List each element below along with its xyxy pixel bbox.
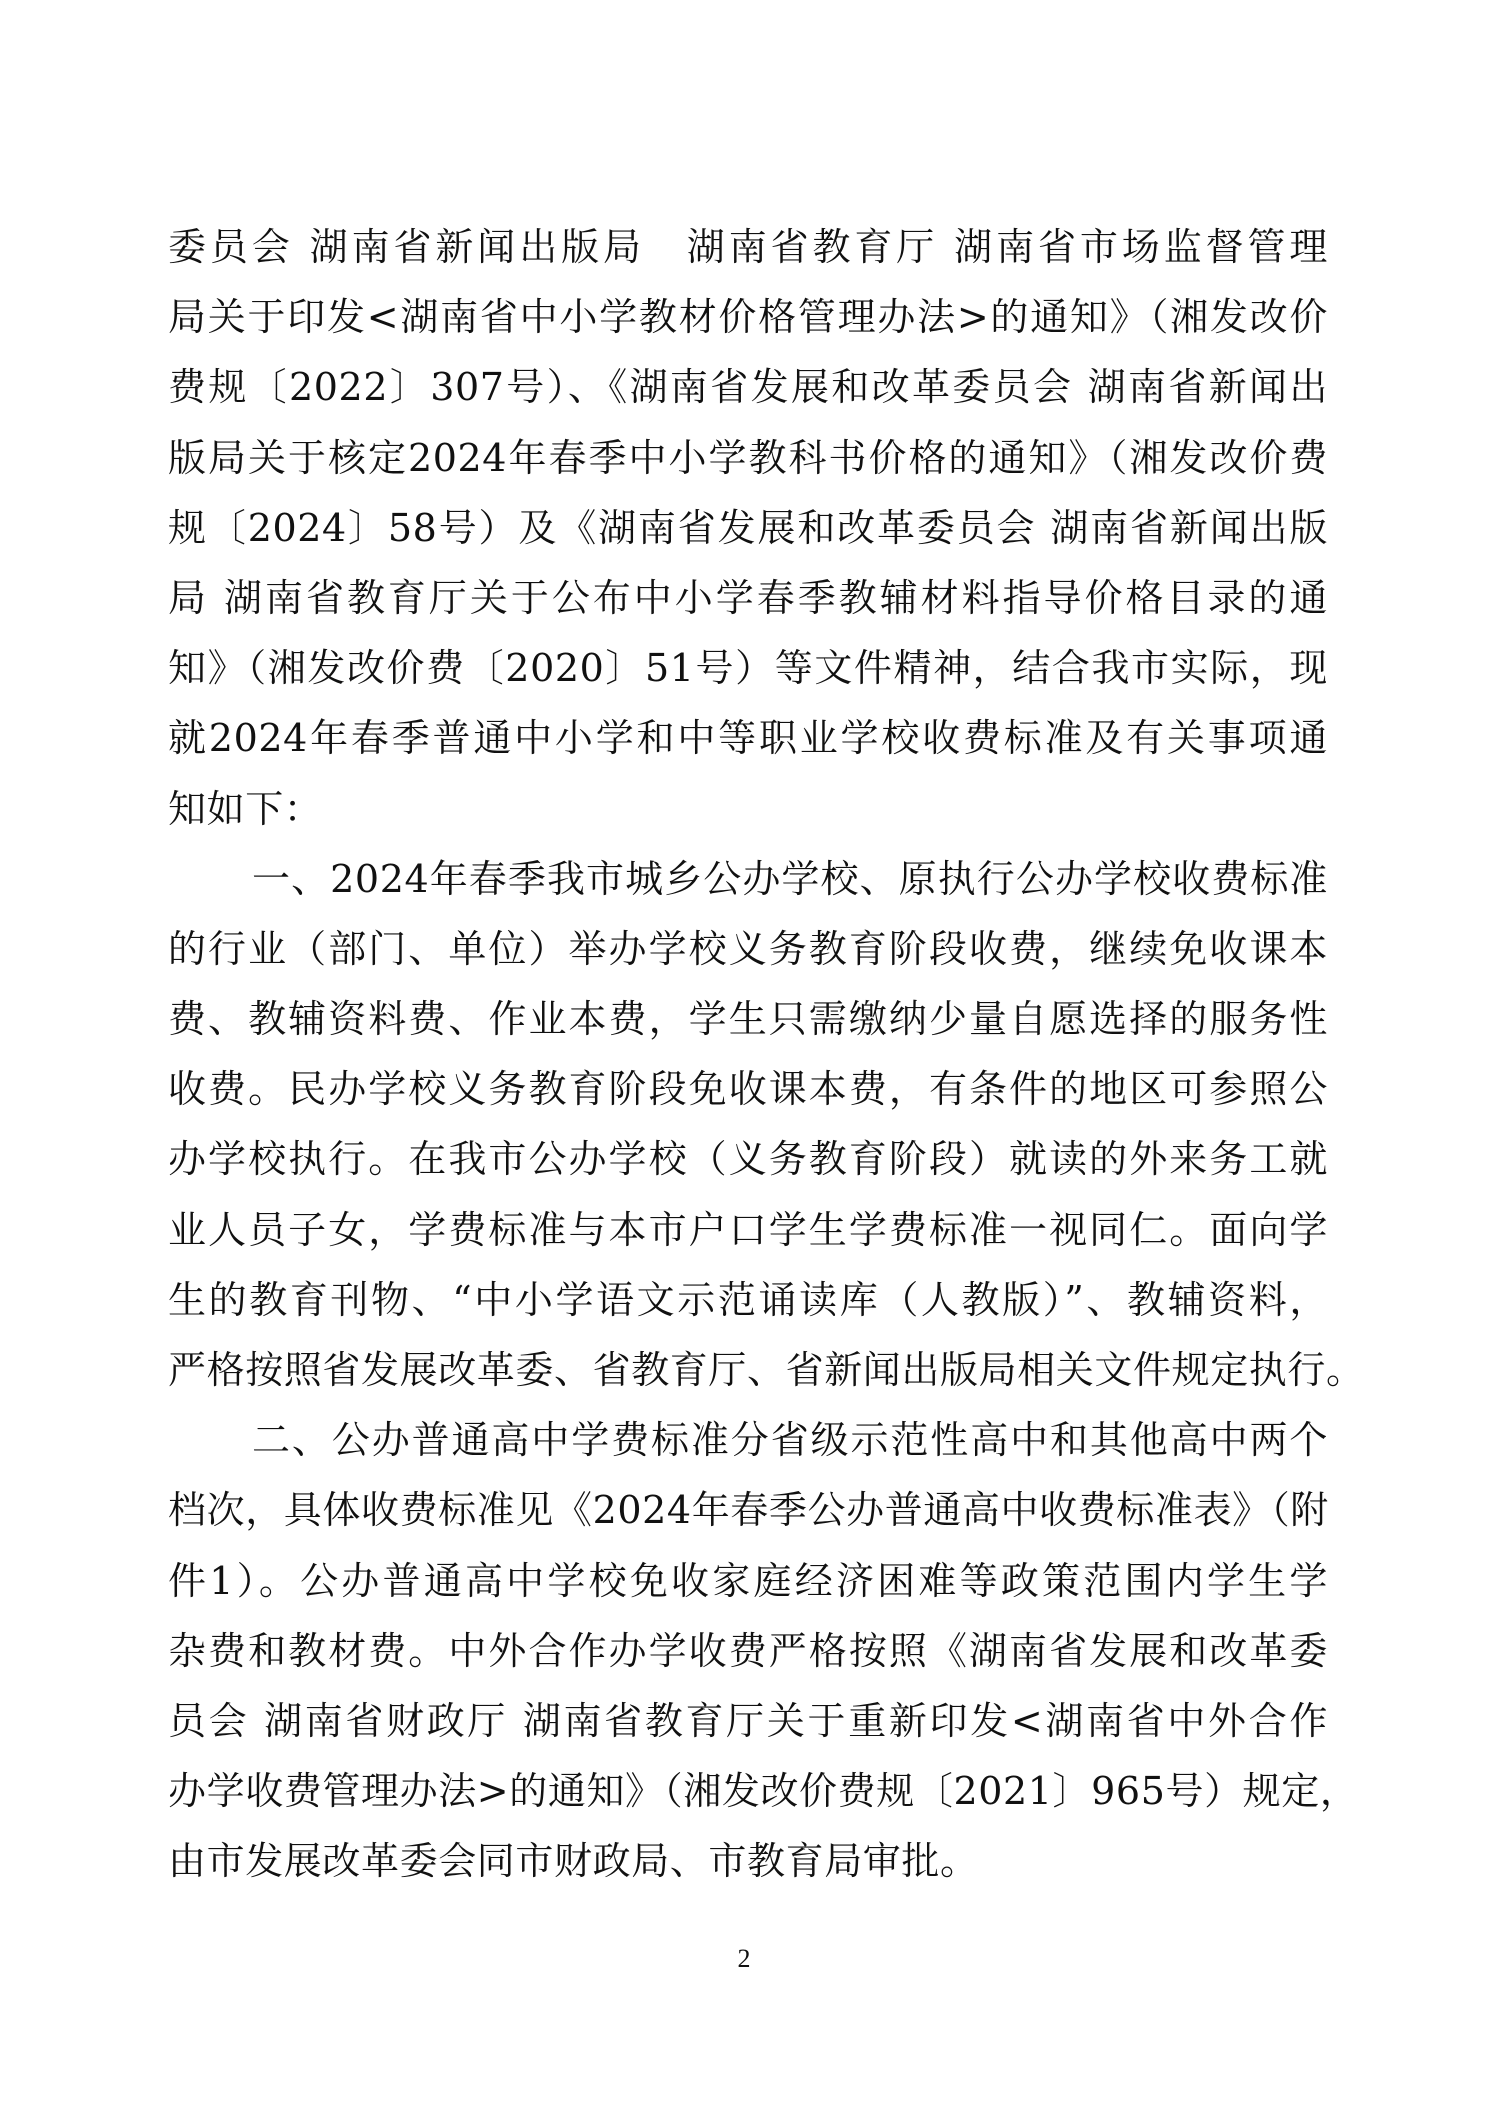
text-line: 员会 湖南省财政厅 湖南省教育厅关于重新印发<湖南省中外合作 xyxy=(168,1686,1328,1756)
text-line: 版局关于核定2024年春季中小学教科书价格的通知》（湘发改价费 xyxy=(168,423,1328,493)
text-line: 规〔2024〕58号）及《湖南省发展和改革委员会 湖南省新闻出版 xyxy=(168,493,1328,563)
text-line: 档次，具体收费标准见《2024年春季公办普通高中收费标准表》（附 xyxy=(168,1475,1328,1545)
text-line: 费规〔2022〕307号）、《湖南省发展和改革委员会 湖南省新闻出 xyxy=(168,352,1328,422)
text-line: 业人员子女，学费标准与本市户口学生学费标准一视同仁。面向学 xyxy=(168,1195,1328,1265)
paragraph-section-2: 二、公办普通高中学费标准分省级示范性高中和其他高中两个 档次，具体收费标准见《2… xyxy=(168,1405,1328,1896)
text-line: 杂费和教材费。中外合作办学收费严格按照《湖南省发展和改革委 xyxy=(168,1616,1328,1686)
text-line: 局 湖南省教育厅关于公布中小学春季教辅材料指导价格目录的通 xyxy=(168,563,1328,633)
section-heading-line: 二、公办普通高中学费标准分省级示范性高中和其他高中两个 xyxy=(168,1405,1328,1475)
text-line: 委员会 湖南省新闻出版局 湖南省教育厅 湖南省市场监督管理 xyxy=(168,212,1328,282)
text-line: 的行业（部门、单位）举办学校义务教育阶段收费，继续免收课本 xyxy=(168,914,1328,984)
page-number: 2 xyxy=(0,1944,1488,1974)
paragraph-section-1: 一、2024年春季我市城乡公办学校、原执行公办学校收费标准 的行业（部门、单位）… xyxy=(168,844,1328,1406)
text-line: 由市发展改革委会同市财政局、市教育局审批。 xyxy=(168,1826,1328,1896)
text-line: 办学收费管理办法>的通知》（湘发改价费规〔2021〕965号）规定， xyxy=(168,1756,1328,1826)
section-heading-line: 一、2024年春季我市城乡公办学校、原执行公办学校收费标准 xyxy=(168,844,1328,914)
text-line: 严格按照省发展改革委、省教育厅、省新闻出版局相关文件规定执行。 xyxy=(168,1335,1328,1405)
text-line: 件1）。公办普通高中学校免收家庭经济困难等政策范围内学生学 xyxy=(168,1546,1328,1616)
text-line: 费、教辅资料费、作业本费，学生只需缴纳少量自愿选择的服务性 xyxy=(168,984,1328,1054)
document-body: 委员会 湖南省新闻出版局 湖南省教育厅 湖南省市场监督管理 局关于印发<湖南省中… xyxy=(168,212,1328,1897)
paragraph-intro-continued: 委员会 湖南省新闻出版局 湖南省教育厅 湖南省市场监督管理 局关于印发<湖南省中… xyxy=(168,212,1328,844)
text-line: 生的教育刊物、“中小学语文示范诵读库（人教版）”、教辅资料， xyxy=(168,1265,1328,1335)
document-page: 委员会 湖南省新闻出版局 湖南省教育厅 湖南省市场监督管理 局关于印发<湖南省中… xyxy=(0,0,1488,2104)
text-line: 办学校执行。在我市公办学校（义务教育阶段）就读的外来务工就 xyxy=(168,1124,1328,1194)
text-line: 就2024年春季普通中小学和中等职业学校收费标准及有关事项通 xyxy=(168,703,1328,773)
text-line: 知如下： xyxy=(168,774,1328,844)
text-line: 局关于印发<湖南省中小学教材价格管理办法>的通知》（湘发改价 xyxy=(168,282,1328,352)
text-line: 收费。民办学校义务教育阶段免收课本费，有条件的地区可参照公 xyxy=(168,1054,1328,1124)
text-line: 知》（湘发改价费〔2020〕51号）等文件精神，结合我市实际，现 xyxy=(168,633,1328,703)
